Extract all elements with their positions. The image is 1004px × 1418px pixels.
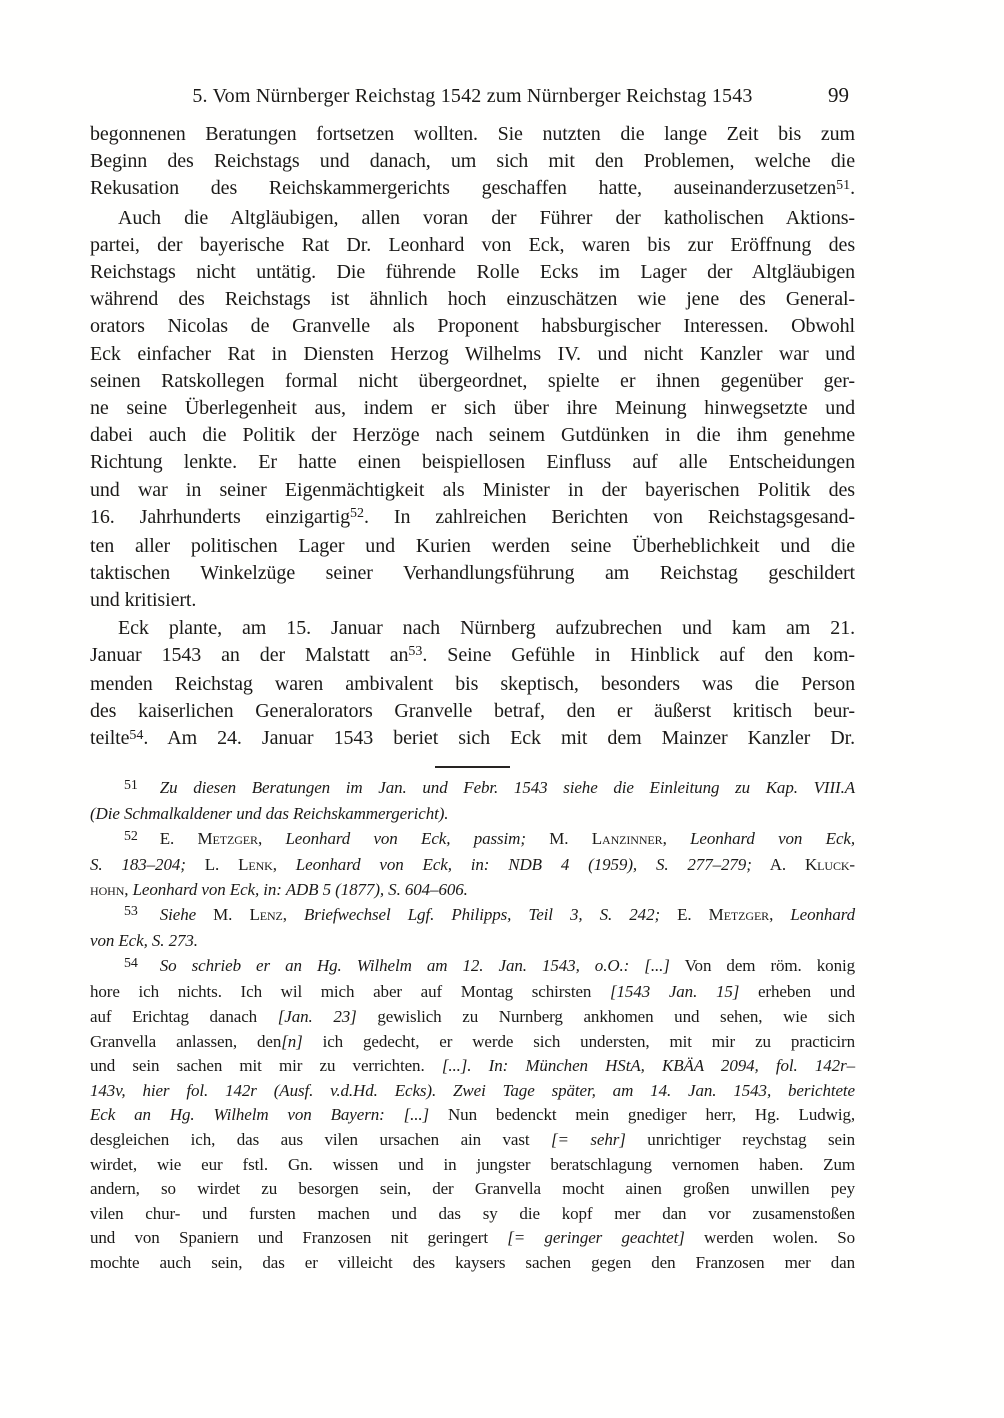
footnote-number: 53 — [124, 904, 138, 919]
text-line: desgleichen ich, das aus vilen ursachen … — [90, 1128, 855, 1153]
text-run: A. — [752, 855, 805, 874]
text-run: hore ich nichts. Ich wil mich aber auf M… — [90, 982, 610, 1001]
italic-text-run: So schrieb er an Hg. Wilhelm am 12. Jan.… — [160, 956, 670, 975]
footnote-number: 54 — [124, 956, 138, 971]
text-line: wirdet, wie eur fstl. Gn. wissen und in … — [90, 1153, 855, 1178]
footnote-ref: 54 — [129, 728, 143, 743]
text-line: Eck plante, am 15. Januar nach Nürnberg … — [90, 615, 855, 642]
footnote-number: 51 — [124, 778, 138, 793]
text-line: hore ich nichts. Ich wil mich aber auf M… — [90, 980, 855, 1005]
text-line: und war in seiner Eigenmächtigkeit als M… — [90, 477, 855, 504]
text-run: seinen Ratskollegen formal nicht übergeo… — [90, 370, 855, 392]
text-line: 54So schrieb er an Hg. Wilhelm am 12. Ja… — [90, 954, 855, 981]
text-line: Reichstags nicht untätig. Die führende R… — [90, 259, 855, 286]
text-run: Reichstags nicht untätig. Die führende R… — [90, 261, 855, 283]
text-run: wirdet, wie eur fstl. Gn. wissen und in … — [90, 1155, 855, 1174]
body-paragraph: Eck plante, am 15. Januar nach Nürnberg … — [90, 615, 855, 755]
text-line: ne seine Überlegenheit aus, indem er sic… — [90, 395, 855, 422]
text-block: 5. Vom Nürnberger Reichstag 1542 zum Nür… — [90, 84, 855, 1276]
text-run: . — [850, 177, 855, 199]
footnotes: 51Zu diesen Beratungen im Jan. und Febr.… — [90, 776, 855, 1276]
italic-text-run: Leonhard von Eck, — [690, 829, 855, 848]
text-run: desgleichen ich, das aus vilen ursachen … — [90, 1130, 551, 1149]
text-run: . Seine Gefühle in Hinblick auf den kom- — [422, 644, 855, 666]
text-run: Rekusation des Reichskammergerichts gesc… — [90, 177, 836, 199]
text-run: und kritisiert. — [90, 589, 196, 611]
text-line: (Die Schmalkaldener und das Reichskammer… — [90, 802, 855, 827]
text-run: Nun bedenckt mein gnediger herr, Hg. Lud… — [429, 1105, 855, 1124]
text-run: orators Nicolas de Granvelle als Propone… — [90, 315, 855, 337]
text-line: Eck an Hg. Wilhelm von Bayern: [...] Nun… — [90, 1103, 855, 1128]
text-line: auf Erichtag danach [Jan. 23] gewislich … — [90, 1005, 855, 1030]
text-run: , — [663, 829, 691, 848]
italic-text-run: (Die Schmalkaldener und das Reichskammer… — [90, 804, 448, 823]
italic-text-run: von Eck, S. 273. — [90, 931, 198, 950]
page-number: 99 — [828, 83, 849, 107]
text-line: 143v, hier fol. 142r (Ausf. v.d.Hd. Ecks… — [90, 1079, 855, 1104]
text-run: ten aller politischen Lager und Kurien w… — [90, 535, 855, 557]
text-run: auf Erichtag danach — [90, 1007, 278, 1026]
body-paragraph: Auch die Altgläubigen, allen voran der F… — [90, 205, 855, 615]
text-run: Granvella anlassen, den — [90, 1032, 281, 1051]
text-run: Von dem röm. konig — [670, 956, 855, 975]
body-paragraph: begonnenen Beratungen fortsetzen wollten… — [90, 121, 855, 205]
italic-text-run: Briefwechsel Lgf. Philipps, Teil 3, S. 2… — [304, 905, 660, 924]
italic-text-run: Siehe — [160, 905, 196, 924]
body-text: begonnenen Beratungen fortsetzen wollten… — [90, 121, 855, 755]
text-line: Rekusation des Reichskammergerichts gesc… — [90, 175, 855, 204]
text-line: Granvella anlassen, den[n] ich gedecht, … — [90, 1030, 855, 1055]
text-line: ten aller politischen Lager und Kurien w… — [90, 533, 855, 560]
footnote-item: 52E. Metzger, Leonhard von Eck, passim; … — [90, 827, 855, 903]
text-run: werden wolen. So — [685, 1228, 855, 1247]
italic-text-run: [n] — [281, 1032, 302, 1051]
smallcaps-text-run: Lenz — [249, 905, 282, 924]
text-run: ne seine Überlegenheit aus, indem er sic… — [90, 397, 855, 419]
text-run: , — [769, 905, 790, 924]
text-run: ich gedecht, er werde sich understen, mi… — [303, 1032, 855, 1051]
text-run: . Am 24. Januar 1543 beriet sich Eck mit… — [143, 727, 855, 749]
text-run: M. — [526, 829, 592, 848]
text-run: dabei auch die Politik der Herzöge nach … — [90, 424, 855, 446]
chapter-title: 5. Vom Nürnberger Reichstag 1542 zum Nür… — [90, 84, 855, 108]
italic-text-run: [= sehr] — [551, 1130, 626, 1149]
italic-text-run: Leonhard von Eck, passim; — [285, 829, 525, 848]
smallcaps-text-run: Metzger — [709, 905, 769, 924]
italic-text-run: 143v, hier fol. 142r (Ausf. v.d.Hd. Ecks… — [90, 1081, 855, 1100]
smallcaps-text-run: hohn — [90, 880, 124, 899]
italic-text-run: Leonhard von Eck, in: ADB 5 (1877), S. 6… — [133, 880, 468, 899]
text-run: mochte auch sein, das er villeicht des k… — [90, 1253, 855, 1272]
italic-text-run: [...]. In: München HStA, KBÄA 2094, fol.… — [442, 1056, 855, 1075]
text-line: 51Zu diesen Beratungen im Jan. und Febr.… — [90, 776, 855, 803]
italic-text-run: [1543 Jan. 15] — [610, 982, 739, 1001]
footnote-item: 53Siehe M. Lenz, Briefwechsel Lgf. Phili… — [90, 903, 855, 954]
text-line: hohn, Leonhard von Eck, in: ADB 5 (1877)… — [90, 878, 855, 903]
text-run: partei, der bayerische Rat Dr. Leonhard … — [90, 234, 855, 256]
text-run: E. — [160, 829, 198, 848]
text-line: taktischen Winkelzüge seiner Verhandlung… — [90, 560, 855, 587]
text-line: 53Siehe M. Lenz, Briefwechsel Lgf. Phili… — [90, 903, 855, 930]
smallcaps-text-run: Lanzinner — [592, 829, 663, 848]
text-run: und sein sachen mit mir zu verrichten. — [90, 1056, 442, 1075]
text-line: Richtung lenkte. Er hatte einen beispiel… — [90, 449, 855, 476]
text-line: andern, so wirdet zu besorgen sein, der … — [90, 1177, 855, 1202]
italic-text-run: S. 183–204; — [90, 855, 186, 874]
text-run: und war in seiner Eigenmächtigkeit als M… — [90, 479, 855, 501]
text-run: Auch die Altgläubigen, allen voran der F… — [118, 207, 855, 229]
footnote-ref: 53 — [408, 644, 422, 659]
text-run: des kaiserlichen Generalorators Granvell… — [90, 700, 855, 722]
text-line: vilen chur- und fursten machen und das s… — [90, 1202, 855, 1227]
text-run: , — [283, 905, 304, 924]
text-run: gewislich zu Nurnberg ankhomen und sehen… — [357, 1007, 855, 1026]
text-line: Januar 1543 an der Malstatt an53. Seine … — [90, 642, 855, 671]
text-run: menden Reichstag waren ambivalent bis sk… — [90, 673, 855, 695]
text-run: und von Spaniern und Franzosen nit gerin… — [90, 1228, 507, 1247]
text-run: andern, so wirdet zu besorgen sein, der … — [90, 1179, 855, 1198]
italic-text-run: [= geringer geachtet] — [507, 1228, 685, 1247]
text-run: Eck plante, am 15. Januar nach Nürnberg … — [118, 617, 855, 639]
smallcaps-text-run: Metzger — [198, 829, 258, 848]
text-run: , — [258, 829, 286, 848]
text-run: M. — [196, 905, 249, 924]
text-run: taktischen Winkelzüge seiner Verhandlung… — [90, 562, 855, 584]
text-line: mochte auch sein, das er villeicht des k… — [90, 1251, 855, 1276]
text-run: , — [124, 880, 132, 899]
text-line: Eck einfacher Rat in Diensten Herzog Wil… — [90, 341, 855, 368]
footnote-separator — [435, 766, 510, 768]
footnote-item: 51Zu diesen Beratungen im Jan. und Febr.… — [90, 776, 855, 827]
text-run: , — [273, 855, 296, 874]
smallcaps-text-run: Lenk — [238, 855, 273, 874]
text-run: L. — [186, 855, 238, 874]
text-run: Eck einfacher Rat in Diensten Herzog Wil… — [90, 343, 855, 365]
text-line: und kritisiert. — [90, 587, 855, 614]
text-run: während des Reichstags ist ähnlich hoch … — [90, 288, 855, 310]
footnote-item: 54So schrieb er an Hg. Wilhelm am 12. Ja… — [90, 954, 855, 1276]
text-run: . In zahlreichen Berichten von Reichstag… — [364, 506, 855, 528]
text-line: des kaiserlichen Generalorators Granvell… — [90, 698, 855, 725]
text-line: und sein sachen mit mir zu verrichten. [… — [90, 1054, 855, 1079]
text-line: partei, der bayerische Rat Dr. Leonhard … — [90, 232, 855, 259]
text-run: vilen chur- und fursten machen und das s… — [90, 1204, 855, 1223]
text-run: Richtung lenkte. Er hatte einen beispiel… — [90, 451, 855, 473]
text-run: Beginn des Reichstags und danach, um sic… — [90, 150, 855, 172]
text-line: dabei auch die Politik der Herzöge nach … — [90, 422, 855, 449]
text-line: 52E. Metzger, Leonhard von Eck, passim; … — [90, 827, 855, 854]
italic-text-run: Zu diesen Beratungen im Jan. und Febr. 1… — [160, 778, 855, 797]
italic-text-run: Leonhard von Eck, in: NDB 4 (1959), S. 2… — [296, 855, 752, 874]
text-line: Auch die Altgläubigen, allen voran der F… — [90, 205, 855, 232]
italic-text-run: [Jan. 23] — [278, 1007, 357, 1026]
text-line: menden Reichstag waren ambivalent bis sk… — [90, 671, 855, 698]
footnote-number: 52 — [124, 829, 138, 844]
text-line: Beginn des Reichstags und danach, um sic… — [90, 148, 855, 175]
text-run: unrichtiger reychstag sein — [626, 1130, 855, 1149]
text-run: Januar 1543 an der Malstatt an — [90, 644, 408, 666]
running-header: 5. Vom Nürnberger Reichstag 1542 zum Nür… — [90, 84, 855, 108]
text-line: von Eck, S. 273. — [90, 929, 855, 954]
text-line: orators Nicolas de Granvelle als Propone… — [90, 313, 855, 340]
text-run: teilte — [90, 727, 129, 749]
text-line: teilte54. Am 24. Januar 1543 beriet sich… — [90, 725, 855, 754]
text-run: 16. Jahrhunderts einzigartig — [90, 506, 350, 528]
footnote-ref: 51 — [836, 178, 850, 193]
text-line: seinen Ratskollegen formal nicht übergeo… — [90, 368, 855, 395]
text-line: 16. Jahrhunderts einzigartig52. In zahlr… — [90, 504, 855, 533]
text-run: begonnenen Beratungen fortsetzen wollten… — [90, 123, 855, 145]
text-run: erheben und — [739, 982, 855, 1001]
book-page: 5. Vom Nürnberger Reichstag 1542 zum Nür… — [0, 0, 1004, 1418]
italic-text-run: Eck an Hg. Wilhelm von Bayern: [...] — [90, 1105, 429, 1124]
italic-text-run: Leonhard — [790, 905, 855, 924]
text-run: E. — [660, 905, 709, 924]
text-line: während des Reichstags ist ähnlich hoch … — [90, 286, 855, 313]
text-line: S. 183–204; L. Lenk, Leonhard von Eck, i… — [90, 853, 855, 878]
smallcaps-text-run: Kluck- — [805, 855, 855, 874]
text-line: begonnenen Beratungen fortsetzen wollten… — [90, 121, 855, 148]
footnote-ref: 52 — [350, 506, 364, 521]
text-line: und von Spaniern und Franzosen nit gerin… — [90, 1226, 855, 1251]
